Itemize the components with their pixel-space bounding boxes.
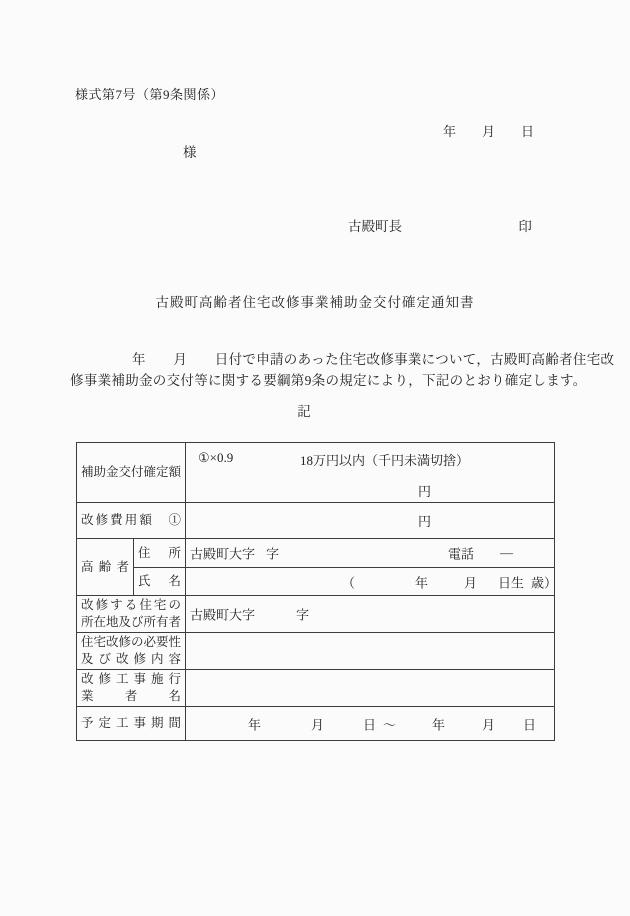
subsidy-amount-header: 補助金交付確定額 (77, 443, 186, 503)
issuer-line: 古殿町長 印 (348, 215, 532, 235)
name-birth-day: 日生 (498, 572, 524, 591)
period-end-day: 日 (523, 714, 536, 733)
name-paren-open: （ (342, 572, 355, 591)
issuer-name: 古殿町長 (348, 219, 402, 234)
renovation-cost-header: 改修費用額 ① (77, 503, 186, 539)
row-period: 予定工事期間 年 月 日 ～ 年 月 日 (77, 707, 555, 741)
name-age-close: 歳） (531, 572, 555, 591)
body-paragraph: 年 月 日付で申請のあった住宅改修事業について，古殿町高齢者住宅改 修事業補助金… (70, 350, 575, 391)
period-end-year: 年 (432, 714, 445, 733)
name-label: 氏 名 (134, 568, 186, 596)
form-number: 様式第7号（第9条関係） (75, 84, 224, 103)
period-cell: 年 月 日 ～ 年 月 日 (186, 707, 555, 741)
row-subsidy-amount: 補助金交付確定額 ①×0.9 18万円以内（千円未満切捨） 円 (77, 443, 555, 503)
addressee-honorific: 様 (183, 141, 197, 161)
document-title: 古殿町高齢者住宅改修事業補助金交付確定通知書 (0, 291, 630, 311)
issue-date-line: 年 月 日 (443, 121, 534, 140)
subsidy-unit-yen: 円 (418, 481, 554, 500)
period-tilde: ～ (383, 714, 396, 733)
address-label: 住 所 (134, 539, 186, 568)
period-header: 予定工事期間 (77, 707, 186, 741)
body-line-1: 年 月 日付で申請のあった住宅改修事業について，古殿町高齢者住宅改 (70, 350, 575, 371)
contractor-cell (186, 670, 555, 707)
seal-mark: 印 (518, 219, 532, 234)
address-aza: 字 (266, 544, 279, 563)
name-birth-month: 月 (464, 572, 477, 591)
necessity-header: 住宅改修の必要性 及び改修内容 (77, 633, 186, 670)
house-location-header: 改修する住宅の 所在地及び所有者 (77, 596, 186, 633)
subsidy-form-table: 補助金交付確定額 ①×0.9 18万円以内（千円未満切捨） 円 改修費用額 ① … (76, 442, 555, 741)
period-start-year: 年 (248, 714, 261, 733)
row-elderly-name: 氏 名 （ 年 月 日生 歳） (77, 568, 555, 596)
house-city: 古殿町大字 (190, 605, 255, 624)
address-tel-label: 電話 (448, 544, 474, 563)
document-page: 様式第7号（第9条関係） 年 月 日 様 古殿町長 印 古殿町高齢者住宅改修事業… (0, 0, 630, 916)
address-city: 古殿町大字 (190, 544, 255, 563)
necessity-cell (186, 633, 555, 670)
contractor-header: 改修工事施行 業 者 名 (77, 670, 186, 707)
period-start-day: 日 (363, 714, 376, 733)
period-end-month: 月 (482, 714, 495, 733)
subsidy-formula: ①×0.9 (198, 450, 300, 469)
name-birth-year: 年 (415, 572, 428, 591)
subsidy-limit-note: 18万円以内（千円未満切捨） (300, 450, 469, 469)
house-aza: 字 (296, 605, 309, 624)
address-tel-dash: — (500, 545, 513, 561)
row-house-location: 改修する住宅の 所在地及び所有者 古殿町大字 字 (77, 596, 555, 633)
house-location-cell: 古殿町大字 字 (186, 596, 555, 633)
address-cell: 古殿町大字 字 電話 — (186, 539, 555, 568)
row-necessity: 住宅改修の必要性 及び改修内容 (77, 633, 555, 670)
cost-unit-yen: 円 (186, 511, 554, 530)
elderly-header: 高齢者 (77, 539, 134, 596)
name-cell: （ 年 月 日生 歳） (186, 568, 555, 596)
subsidy-amount-cell: ①×0.9 18万円以内（千円未満切捨） 円 (186, 443, 555, 503)
record-mark: 記 (0, 400, 608, 420)
body-line-2: 修事業補助金の交付等に関する要綱第9条の規定により，下記のとおり確定します。 (70, 371, 575, 392)
row-contractor: 改修工事施行 業 者 名 (77, 670, 555, 707)
row-elderly-address: 高齢者 住 所 古殿町大字 字 電話 — (77, 539, 555, 568)
period-start-month: 月 (311, 714, 324, 733)
row-renovation-cost: 改修費用額 ① 円 (77, 503, 555, 539)
renovation-cost-cell: 円 (186, 503, 555, 539)
